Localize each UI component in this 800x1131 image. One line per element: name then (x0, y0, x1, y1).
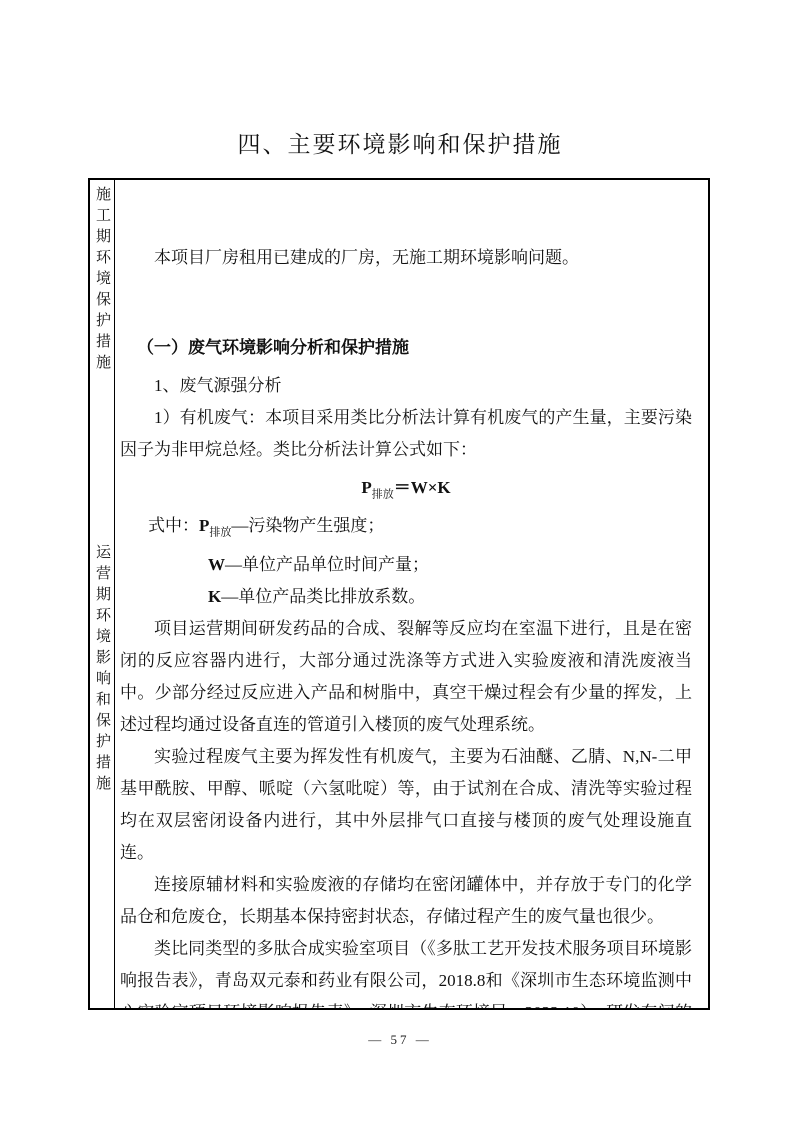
construction-period-paragraph: 本项目厂房租用已建成的厂房，无施工期环境影响问题。 (120, 242, 692, 274)
page-number: — 57 — (0, 1032, 800, 1048)
page-title: 四、主要环境影响和保护措施 (0, 126, 800, 159)
formula-where-label: 式中： (148, 516, 199, 535)
operation-paragraph-voc: 实验过程废气主要为挥发性有机废气，主要为石油醚、乙腈、N,N-二甲基甲酰胺、甲醇… (120, 741, 692, 869)
def-subscript-paifang: 排放 (209, 527, 231, 539)
row-label-operation-period: 运营期环境影响和保护措施 (90, 544, 114, 796)
operation-paragraph-analogy-projects: 类比同类型的多肽合成实验室项目（《多肽工艺开发技术服务项目环境影响报告表》，青岛… (120, 933, 692, 1008)
def-symbol-p: P (199, 516, 209, 535)
impact-measures-table: 施工期环境保护措施 运营期环境影响和保护措施 本项目厂房租用已建成的厂房，无施工… (88, 178, 710, 1010)
formula-rhs: ＝W×K (394, 478, 451, 497)
def-text-p: —污染物产生强度； (231, 516, 384, 535)
formula-definition-p: 式中：P排放—污染物产生强度； (120, 510, 692, 548)
row-label-column: 施工期环境保护措施 运营期环境影响和保护措施 (90, 180, 115, 1008)
def-symbol-w: W (208, 555, 225, 574)
def-symbol-k: K (208, 587, 221, 606)
formula-definition-k: K—单位产品类比排放系数。 (120, 581, 692, 613)
organic-waste-gas-paragraph: 1）有机废气：本项目采用类比分析法计算有机废气的产生量，主要污染因子为非甲烷总烃… (120, 402, 692, 466)
formula-subscript-paifang: 排放 (372, 488, 394, 500)
formula-symbol-p: P (361, 478, 371, 497)
row-label-construction-period: 施工期环境保护措施 (90, 186, 114, 375)
formula-definition-w: W—单位产品单位时间产量； (120, 549, 692, 581)
operation-paragraph-reactions: 项目运营期间研发药品的合成、裂解等反应均在室温下进行，且是在密闭的反应容器内进行… (120, 613, 692, 741)
emission-formula: P排放＝W×K (120, 472, 692, 510)
def-text-w: —单位产品单位时间产量； (225, 555, 429, 574)
subsection-heading-source-analysis: 1、废气源强分析 (120, 370, 692, 402)
def-text-k: —单位产品类比排放系数。 (221, 587, 425, 606)
table-content-cell: 本项目厂房租用已建成的厂房，无施工期环境影响问题。 （一）废气环境影响分析和保护… (115, 180, 708, 1008)
section-heading-waste-gas: （一）废气环境影响分析和保护措施 (120, 332, 692, 364)
operation-paragraph-storage: 连接原辅材料和实验废液的存储均在密闭罐体中，并存放于专门的化学品仓和危废仓，长期… (120, 869, 692, 933)
